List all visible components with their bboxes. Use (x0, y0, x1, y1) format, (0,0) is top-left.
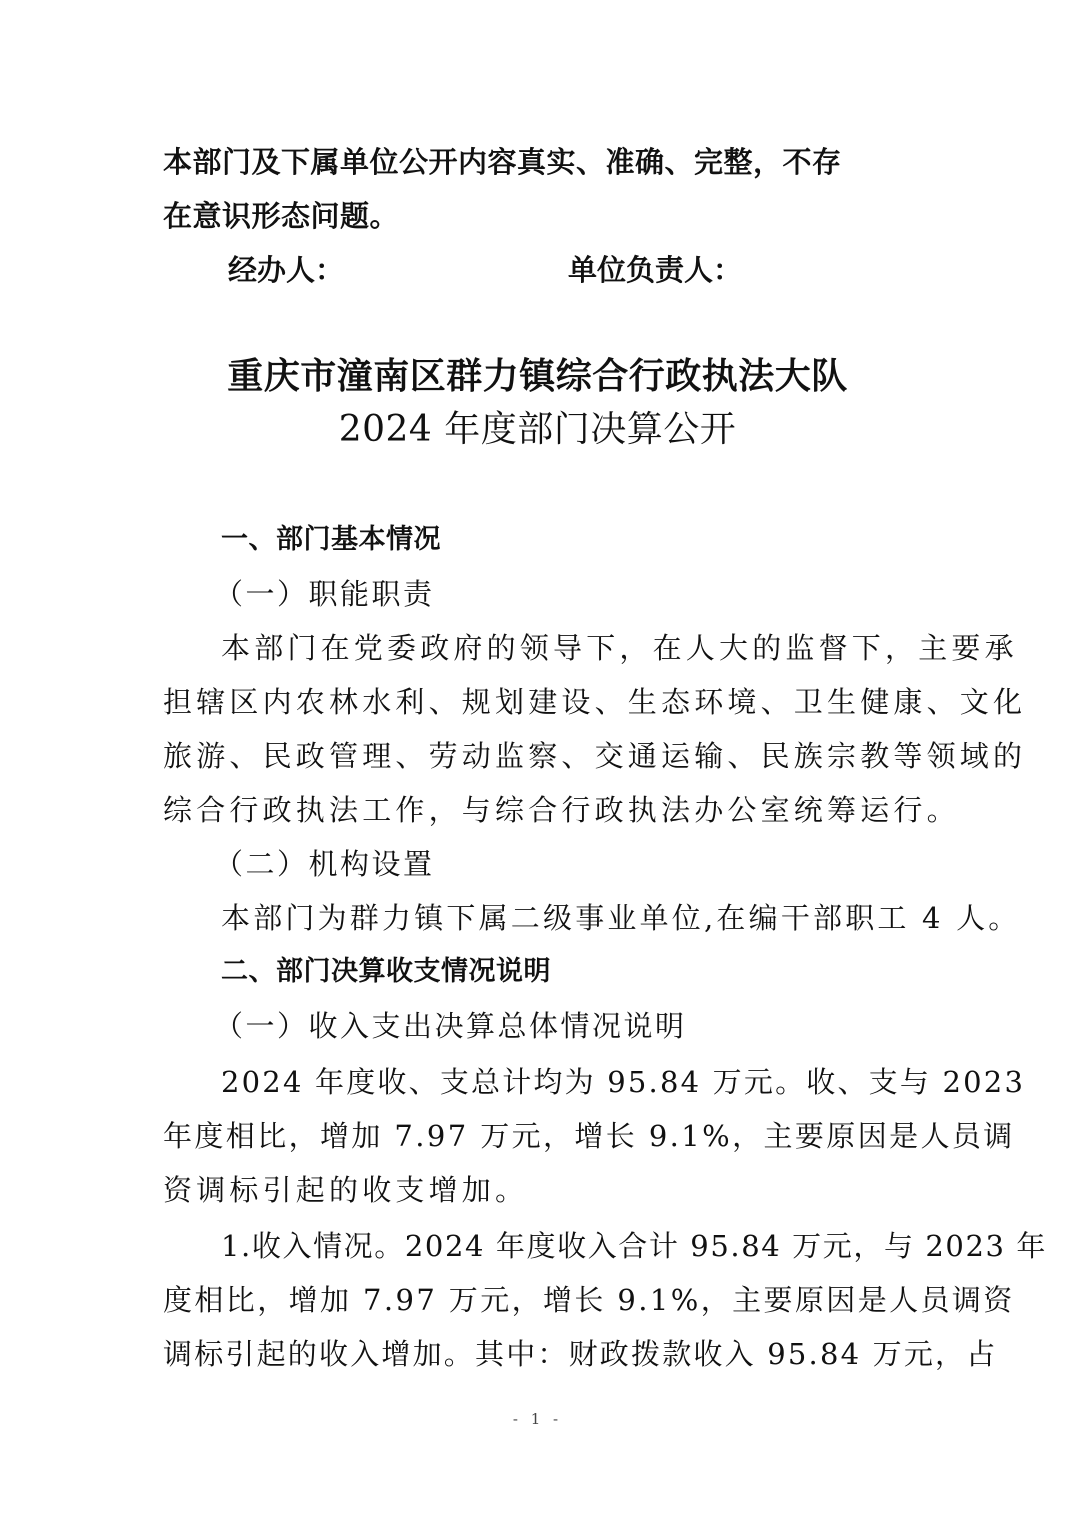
income-body-line: 1.收入情况。2024 年度收入合计 95.84 万元，与 2023 年 (221, 1226, 971, 1266)
page-number: - 1 - (0, 1410, 1075, 1428)
section-2-1-body-line: 资调标引起的收支增加。 (163, 1170, 913, 1210)
handler-signature-label: 经办人： (228, 250, 344, 290)
section-2-1-body-line: 2024 年度收、支总计均为 95.84 万元。收、支与 2023 (221, 1062, 971, 1102)
section-2-heading: 二、部门决算收支情况说明 (221, 952, 971, 992)
document-title-line-1: 重庆市潼南区群力镇综合行政执法大队 (0, 352, 1075, 400)
income-body-line: 调标引起的收入增加。其中：财政拨款收入 95.84 万元，占 (163, 1334, 913, 1374)
section-1-2-body: 本部门为群力镇下属二级事业单位,在编干部职工 4 人。 (221, 898, 971, 938)
section-1-1-body-line: 综合行政执法工作，与综合行政执法办公室统筹运行。 (163, 790, 913, 830)
section-2-1-body-line: 年度相比，增加 7.97 万元，增长 9.1%，主要原因是人员调 (163, 1116, 913, 1156)
document-page: 本部门及下属单位公开内容真实、准确、完整，不存 在意识形态问题。 经办人： 单位… (0, 0, 1075, 1520)
document-title-line-2: 2024 年度部门决算公开 (0, 406, 1075, 454)
leader-signature-label: 单位负责人： (568, 250, 742, 290)
section-2-1-heading: （一）收入支出决算总体情况说明 (214, 1006, 964, 1046)
section-1-1-body-line: 担辖区内农林水利、规划建设、生态环境、卫生健康、文化 (163, 682, 913, 722)
section-1-1-heading: （一）职能职责 (214, 574, 964, 614)
statement-line-1: 本部门及下属单位公开内容真实、准确、完整，不存 (163, 142, 913, 182)
statement-line-2: 在意识形态问题。 (163, 196, 913, 236)
income-body-line: 度相比，增加 7.97 万元，增长 9.1%，主要原因是人员调资 (163, 1280, 913, 1320)
section-1-1-body-line: 本部门在党委政府的领导下，在人大的监督下，主要承 (221, 628, 971, 668)
section-1-2-heading: （二）机构设置 (214, 844, 964, 884)
section-1-heading: 一、部门基本情况 (221, 520, 971, 560)
section-1-1-body-line: 旅游、民政管理、劳动监察、交通运输、民族宗教等领域的 (163, 736, 913, 776)
